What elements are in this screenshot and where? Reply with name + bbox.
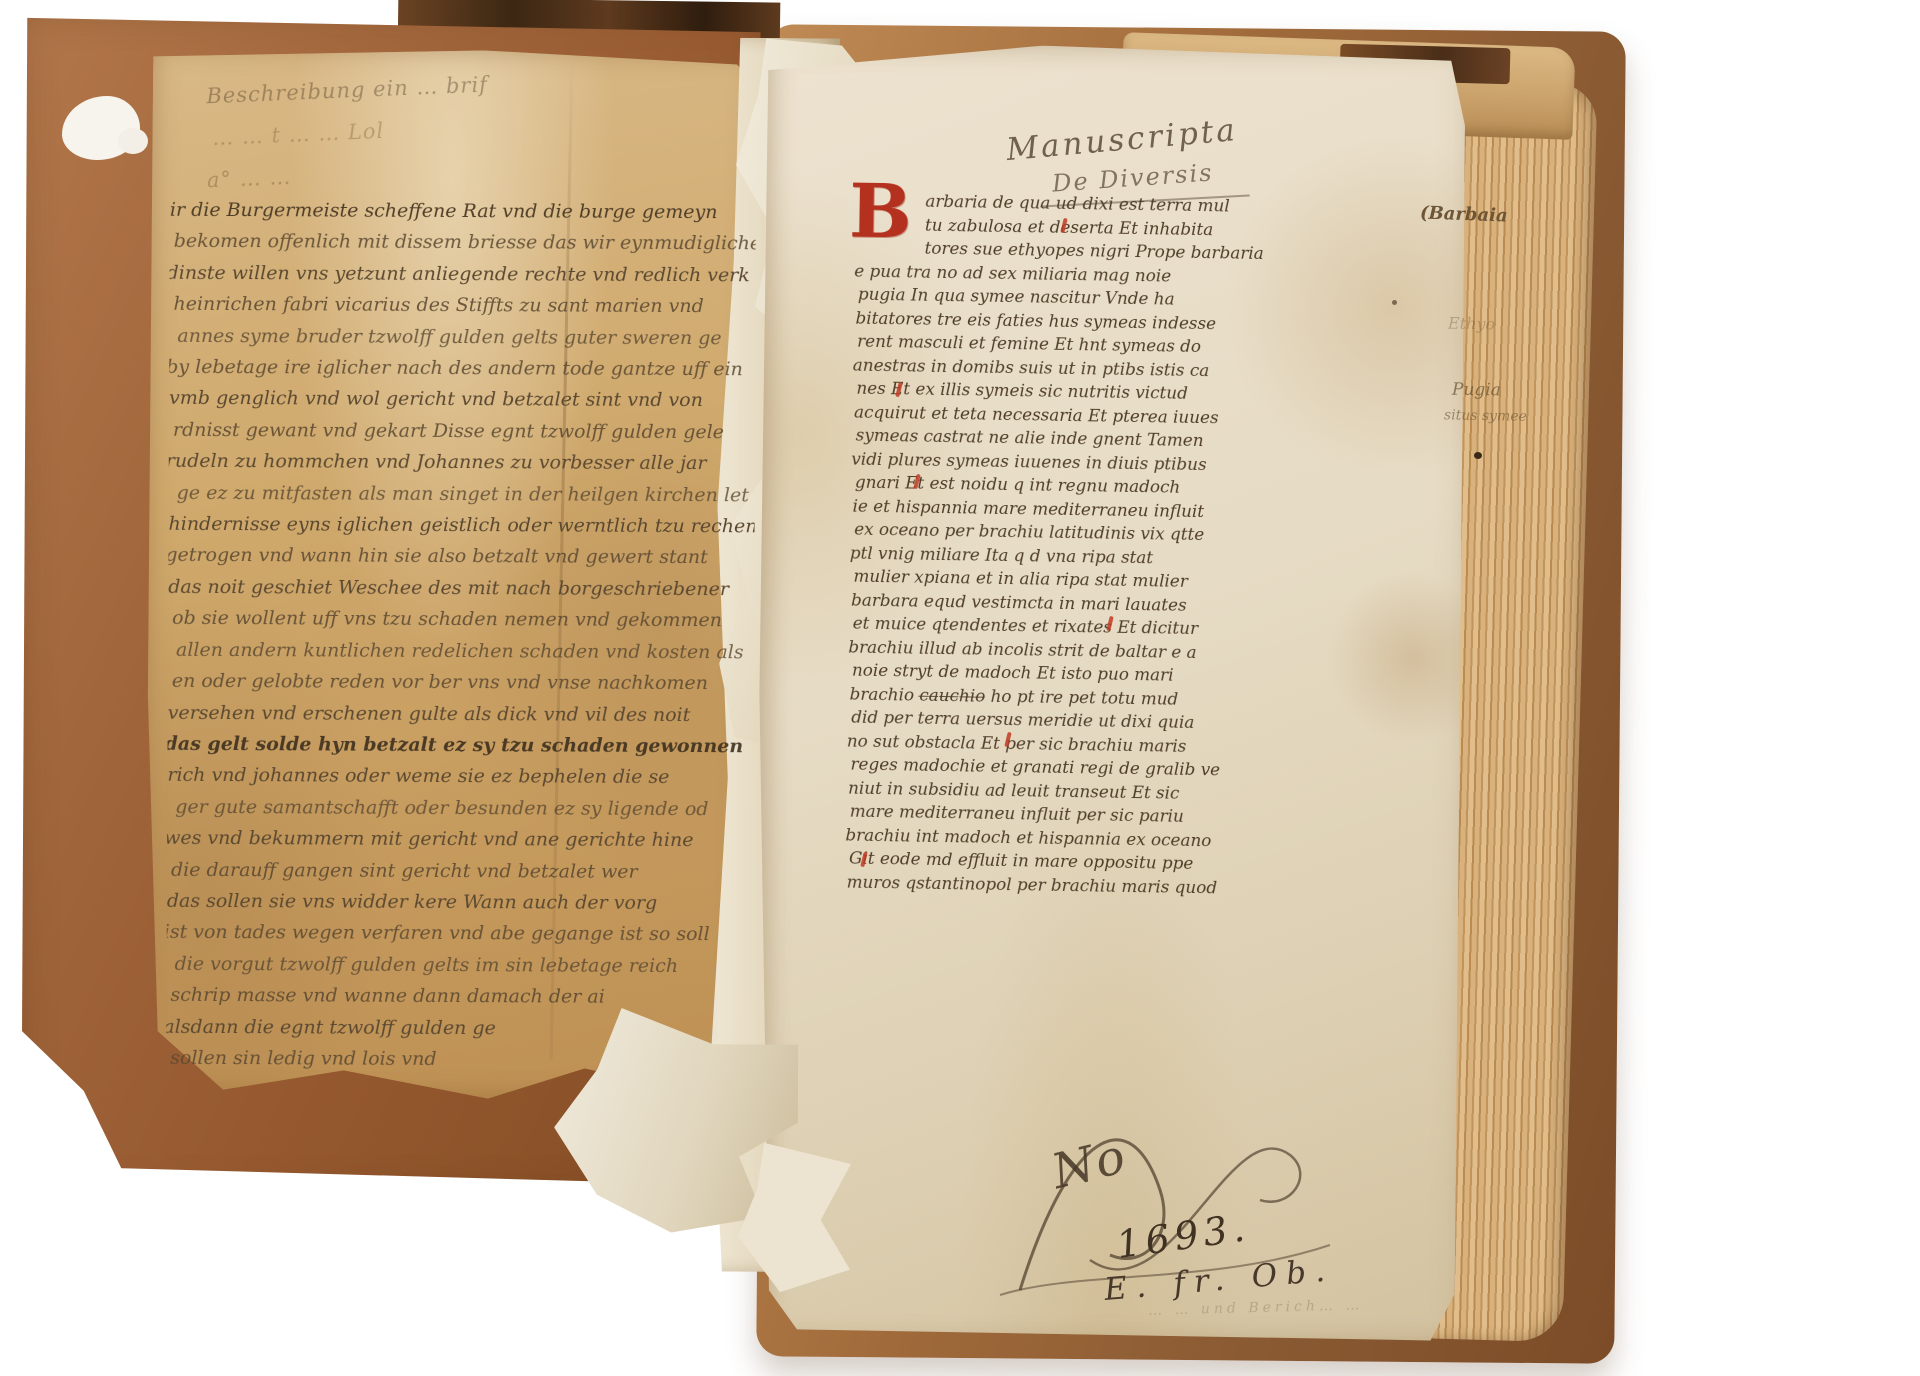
right-page-text-block: B arbaria de qua ud dixi est terra multu… [846,189,1293,901]
manuscript-text-line: ge ez zu mitfasten als man singet in der… [177,477,755,511]
manuscript-text-line: rich vnd johannes oder weme sie ez bephe… [167,760,753,794]
manuscript-text-line: ist von tades wegen verfaren vnd abe geg… [166,917,753,951]
ink-speck [1474,452,1482,459]
manuscript-text-line: ger gute samantschafft oder besunden ez … [175,791,753,825]
manuscript-text-line: heinrichen fabri vicarius des Stiffts zu… [173,289,755,323]
manuscript-text-line: das noit geschiet Weschee des mit nach b… [168,572,754,606]
manuscript-text-line: sollen sin ledig vnd lois vnd [170,1043,752,1077]
leather-damage-spot-small [118,128,148,154]
manuscript-text-line: bekomen offenlich mit dissem briesse das… [174,226,756,260]
manuscript-text-line: rdnisst gewant vnd gekart Disse egnt tzw… [173,415,755,449]
manuscript-text-line: by lebetage ire iglicher nach des andern… [166,352,755,386]
rubricated-initial: B [849,176,913,247]
manuscript-text-line: vmb genglich vnd wol gericht vnd betzale… [169,383,755,417]
manuscript-text-line: dinste willen vns yetzunt anliegende rec… [167,258,756,292]
margin-note-ethyopes: Ethyo [1448,314,1495,334]
manuscript-text-line: schrip masse vnd wanne dann damach der a… [170,980,752,1014]
manuscript-text-line: ob sie wollent uff vns tzu schaden nemen… [172,603,754,637]
margin-note-barbaria: (Barbaia [1420,202,1508,226]
ink-speck-small [1392,300,1397,305]
manuscript-text-line: en oder gelobte reden vor ber vns vnd vn… [172,666,754,700]
manuscript-text-line: die vorgut tzwolff gulden gelts im sin l… [175,949,753,983]
manuscript-text-line: wes vnd bekummern mit gericht vnd ane ge… [166,823,753,857]
manuscript-text-line: hindernisse eyns iglichen geistlich oder… [168,509,754,543]
margin-note-pugia: Pugia [1452,380,1501,401]
manuscript-text-line: annes syme bruder tzwolff gulden gelts g… [177,320,755,354]
manuscript-photo: Beschreibung ein … brif… … t … … Lola° …… [0,0,1920,1376]
manuscript-text-line: allen andern kuntlichen redelichen schad… [176,634,754,668]
manuscript-text-line: versehen vnd erschenen gulte als dick vn… [168,697,754,731]
manuscript-text-line: die darauff gangen sint gericht vnd betz… [171,854,753,888]
manuscript-text-line: das gelt solde hyn betzalt ez sy tzu sch… [166,729,754,763]
manuscript-text-line: das sollen sie vns widder kere Wann auch… [167,886,753,920]
left-page-text-block: ir die Burgermeiste scheffene Rat vnd di… [166,195,756,1094]
manuscript-text-line: getrogen vnd wann hin sie also betzalt v… [166,540,754,574]
manuscript-text-line: rudeln zu hommchen vnd Johannes zu vorbe… [166,446,755,480]
cover-inscription: Beschreibung ein … brif… … t … … Lola° …… [206,57,651,201]
manuscript-text-line: alsdann die egnt tzwolff gulden ge [166,1011,752,1045]
body-lines-holder: arbaria de qua ud dixi est terra multu z… [846,189,1293,901]
margin-note-situs-symee: situs symee [1444,407,1527,424]
manuscript-text-line: ir die Burgermeiste scheffene Rat vnd di… [170,195,756,229]
